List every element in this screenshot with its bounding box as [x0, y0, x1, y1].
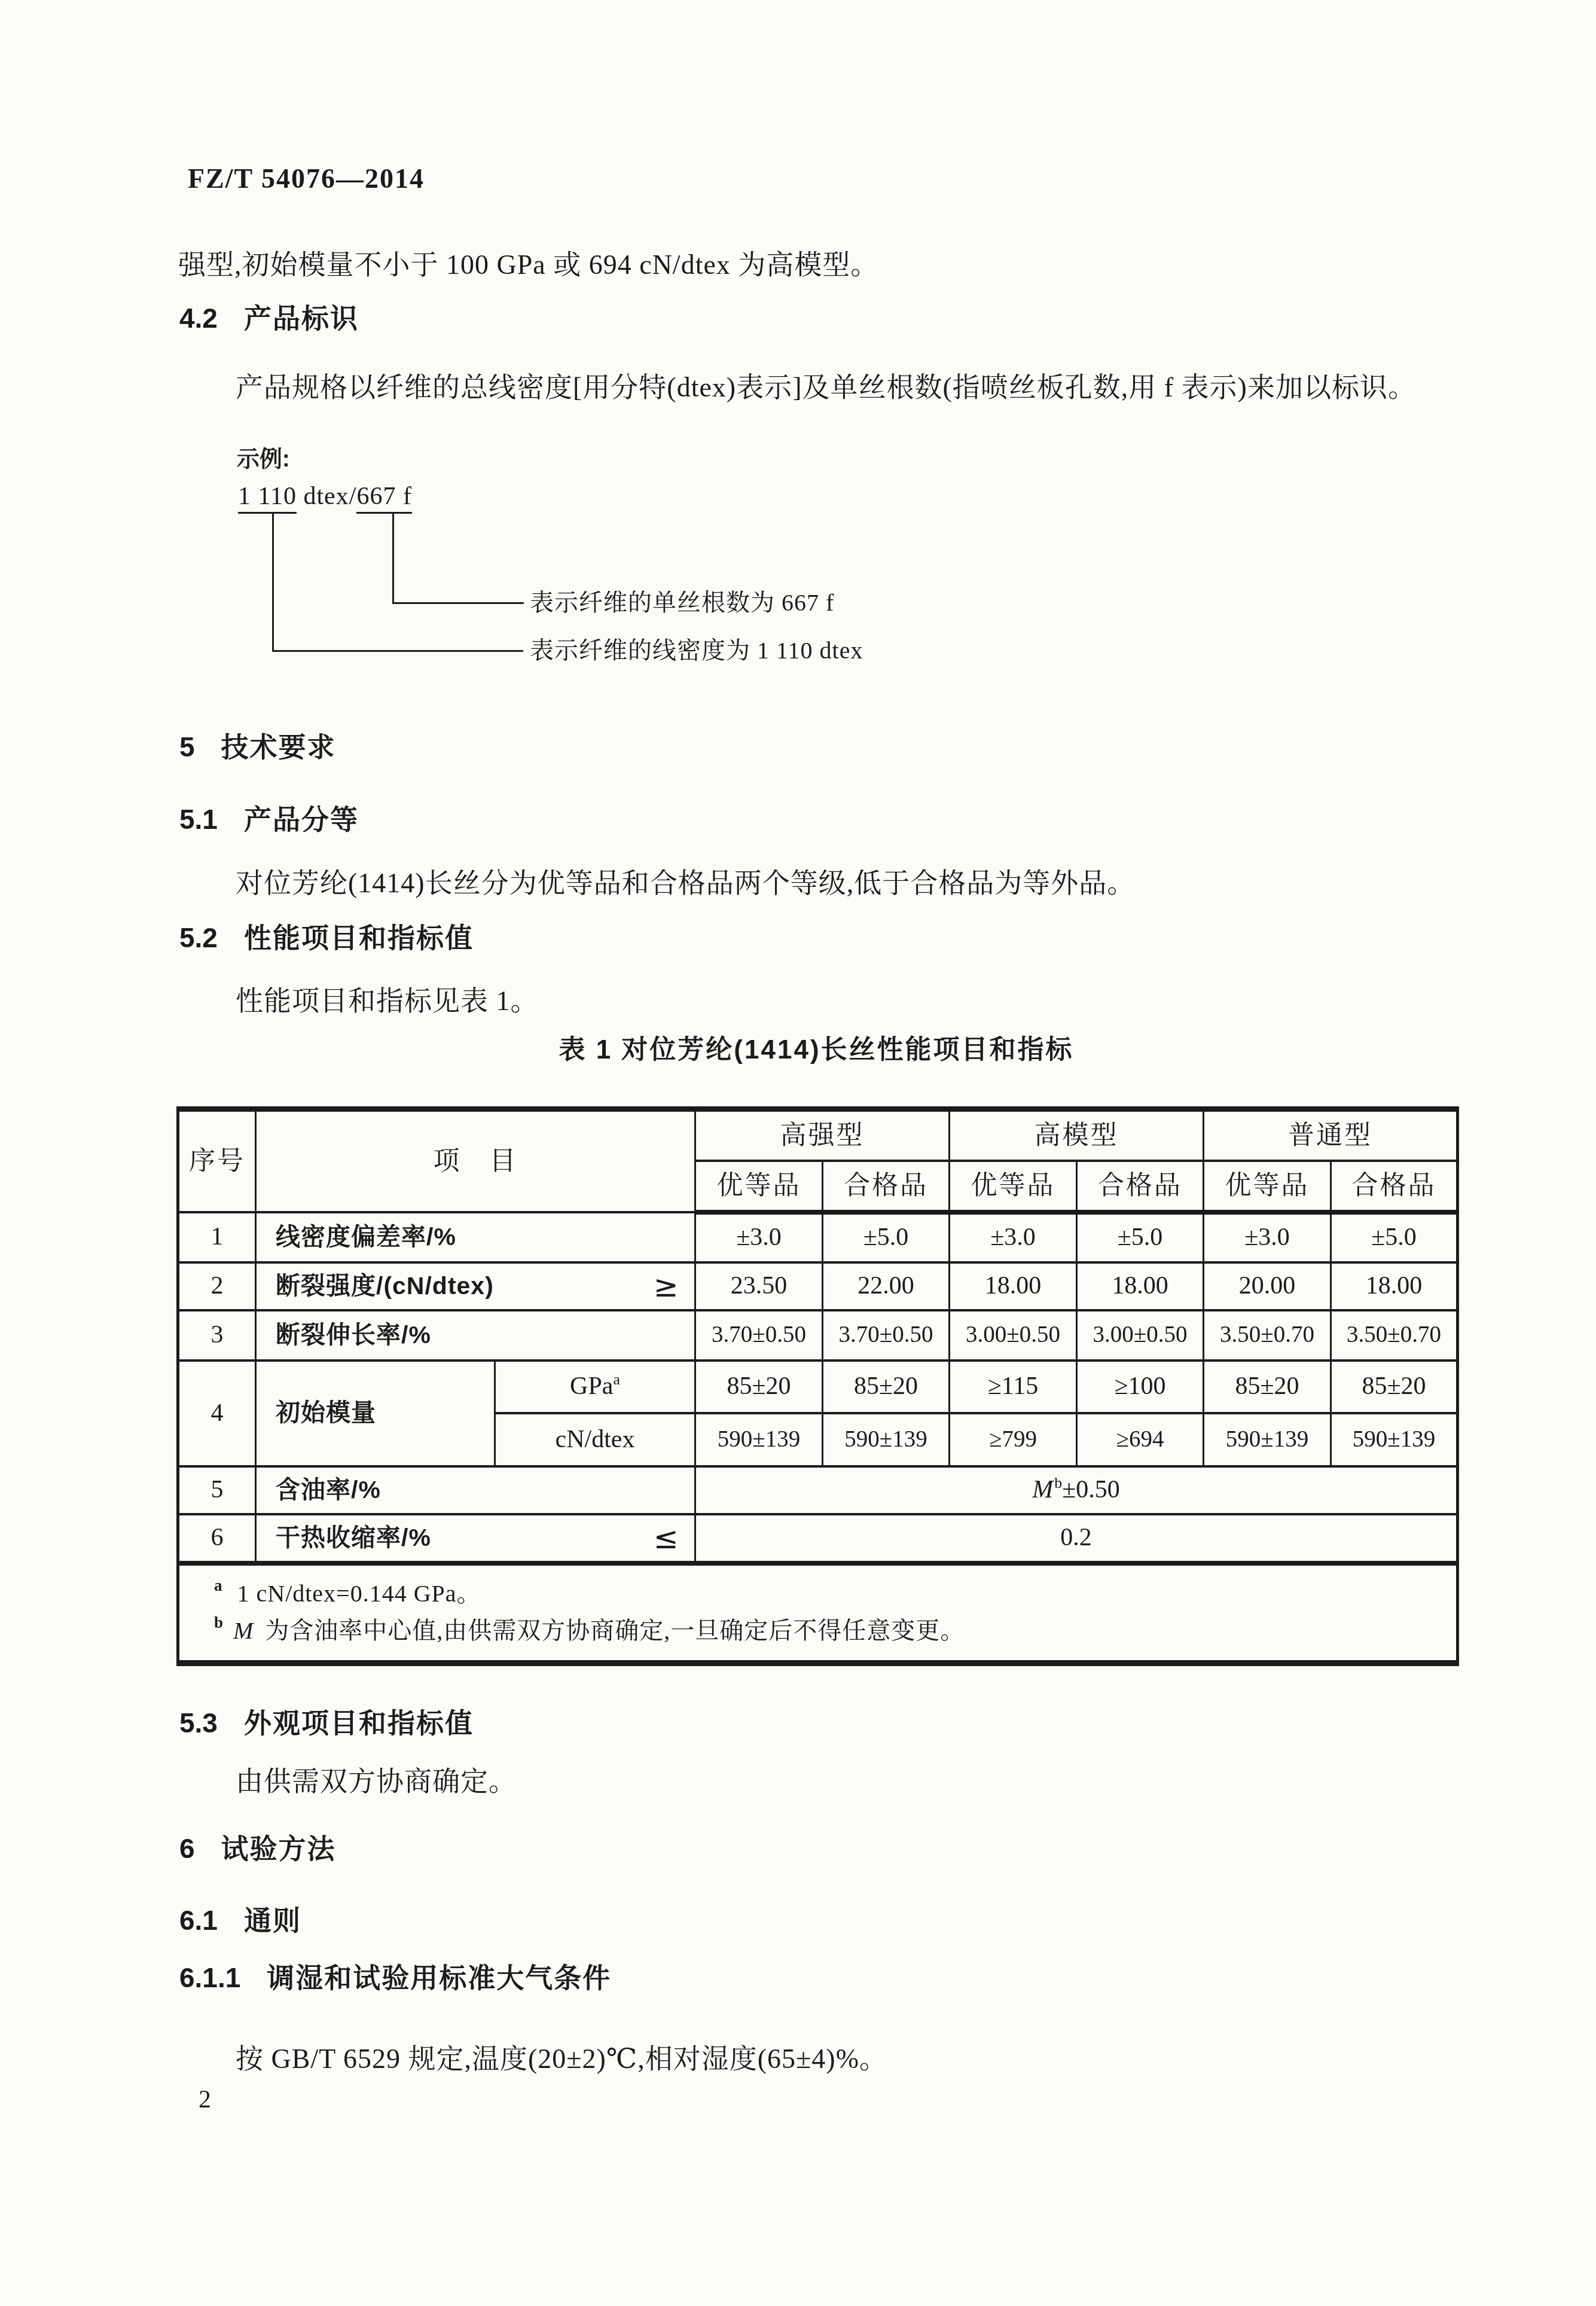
value-cell: 20.00 — [1204, 1262, 1331, 1310]
heading-number: 5 — [179, 731, 195, 762]
col-header-seq: 序号 — [178, 1109, 256, 1212]
merged-value-cell: Mb±0.50 — [695, 1466, 1458, 1514]
value-cell: 18.00 — [1077, 1262, 1204, 1310]
grade-header-qualified: 合格品 — [1077, 1161, 1204, 1212]
section-heading-5-3: 5.3外观项目和指标值 — [179, 1707, 474, 1740]
table-row-dry-heat-shrinkage: 6 干热收缩率/% ≤ 0.2 — [178, 1514, 1458, 1563]
page-number: 2 — [199, 2087, 211, 2112]
merged-value-cell: 0.2 — [695, 1514, 1458, 1563]
heading-number: 5.2 — [179, 922, 218, 953]
heading-number: 6.1 — [179, 1905, 218, 1936]
row-seq: 2 — [178, 1262, 256, 1310]
table-footnote-row: a1 cN/dtex=0.144 GPa。 bM 为含油率中心值,由供需双方协商… — [178, 1563, 1458, 1663]
row-seq: 3 — [178, 1310, 256, 1361]
table-row-breaking-strength: 2 断裂强度/(cN/dtex) ≥ 23.50 22.00 18.00 18.… — [178, 1262, 1458, 1310]
footnote-marker: b — [1054, 1474, 1062, 1491]
group-header-regular: 普通型 — [1204, 1109, 1458, 1161]
table-1: 序号 项 目 高强型 高模型 普通型 优等品 合格品 优等品 合格品 优等品 合… — [176, 1106, 1459, 1666]
heading-title: 调湿和试验用标准大气条件 — [267, 1962, 611, 1993]
doc-number: FZ/T 54076—2014 — [188, 165, 425, 193]
footnote-marker: a — [613, 1371, 620, 1388]
heading-number: 6 — [179, 1833, 195, 1864]
value-cell: 85±20 — [823, 1361, 950, 1413]
grade-header-qualified: 合格品 — [823, 1161, 950, 1212]
value-cell: 3.50±0.70 — [1204, 1310, 1331, 1361]
paragraph-5-1: 对位芳纶(1414)长丝分为优等品和合格品两个等级,低于合格品为等外品。 — [178, 862, 1473, 904]
footnote-marker: a — [214, 1576, 223, 1594]
value-cell: 3.70±0.50 — [823, 1310, 950, 1361]
value-cell: ±3.0 — [695, 1212, 823, 1262]
value-cell: ≥694 — [1077, 1413, 1204, 1466]
item-cell: 含油率/% — [256, 1466, 695, 1514]
callout-line-density-horizontal — [272, 650, 523, 652]
section-heading-4-2: 4.2产品标识 — [179, 302, 359, 335]
group-header-high-strength: 高强型 — [695, 1109, 950, 1161]
value-cell: ±5.0 — [823, 1212, 950, 1262]
value-cell: 85±20 — [1331, 1361, 1458, 1413]
section-heading-6: 6试验方法 — [179, 1832, 336, 1865]
intro-paragraph: 强型,初始模量不小于 100 GPa 或 694 cN/dtex 为高模型。 — [178, 244, 1473, 286]
footnote-a: a1 cN/dtex=0.144 GPa。 — [214, 1575, 1432, 1612]
example-middle: dtex/ — [297, 483, 356, 510]
item-cell: 断裂强度/(cN/dtex) ≥ — [256, 1262, 695, 1310]
value-cell: 23.50 — [695, 1262, 823, 1310]
group-header-high-modulus: 高模型 — [950, 1109, 1204, 1161]
grade-header-premium: 优等品 — [950, 1161, 1077, 1212]
value-cell: 18.00 — [950, 1262, 1077, 1310]
table-title: 表 1 对位芳纶(1414)长丝性能项目和指标 — [176, 1035, 1456, 1066]
heading-number: 5.1 — [179, 804, 218, 835]
grade-header-premium: 优等品 — [695, 1161, 823, 1212]
value-cell: 3.00±0.50 — [950, 1310, 1077, 1361]
document-page: FZ/T 54076—2014 强型,初始模量不小于 100 GPa 或 694… — [0, 0, 1596, 2306]
table-row-linear-density: 1 线密度偏差率/% ±3.0 ±5.0 ±3.0 ±5.0 ±3.0 ±5.0 — [178, 1212, 1458, 1262]
paragraph-5-2: 性能项目和指标见表 1。 — [178, 980, 1473, 1022]
value-cell: 22.00 — [823, 1262, 950, 1310]
row-seq: 4 — [178, 1361, 256, 1466]
value-cell: 590±139 — [1204, 1413, 1331, 1466]
grade-header-premium: 优等品 — [1204, 1161, 1331, 1212]
qualifier-lte: ≤ — [654, 1523, 679, 1553]
value-cell: 3.70±0.50 — [695, 1310, 823, 1361]
row-seq: 6 — [178, 1514, 256, 1563]
callout-line-density-vertical — [272, 512, 274, 652]
value-cell: ±5.0 — [1331, 1212, 1458, 1262]
section-heading-5-1: 5.1产品分等 — [179, 803, 359, 836]
section-heading-5: 5技术要求 — [179, 731, 336, 764]
footnote-b: bM 为含油率中心值,由供需双方协商确定,一旦确定后不得任意变更。 — [214, 1612, 1432, 1649]
heading-title: 试验方法 — [221, 1833, 336, 1864]
footnote-marker: b — [214, 1613, 224, 1631]
heading-number: 4.2 — [179, 303, 218, 334]
callout-line-filament-vertical — [392, 512, 394, 604]
heading-title: 产品标识 — [244, 303, 359, 334]
qualifier-gte: ≥ — [654, 1271, 679, 1301]
item-cell: 初始模量 — [256, 1361, 495, 1466]
value-cell: 590±139 — [1331, 1413, 1458, 1466]
heading-title: 产品分等 — [244, 804, 359, 835]
heading-title: 外观项目和指标值 — [244, 1707, 474, 1738]
value-cell: ≥115 — [950, 1361, 1077, 1413]
table-row-elongation: 3 断裂伸长率/% 3.70±0.50 3.70±0.50 3.00±0.50 … — [178, 1310, 1458, 1361]
table-row-oil-content: 5 含油率/% Mb±0.50 — [178, 1466, 1458, 1514]
section-heading-6-1-1: 6.1.1调湿和试验用标准大气条件 — [179, 1962, 611, 1994]
value-cell: ≥799 — [950, 1413, 1077, 1466]
value-cell: 3.50±0.70 — [1331, 1310, 1458, 1361]
value-cell: 3.00±0.50 — [1077, 1310, 1204, 1361]
table-header-row-groups: 序号 项 目 高强型 高模型 普通型 — [178, 1109, 1458, 1161]
grade-header-qualified: 合格品 — [1331, 1161, 1458, 1212]
heading-number: 5.3 — [179, 1707, 218, 1738]
paragraph-4-2: 产品规格以纤维的总线密度[用分特(dtex)表示]及单丝根数(指喷丝板孔数,用 … — [178, 367, 1473, 408]
col-header-item: 项 目 — [256, 1109, 695, 1212]
table-row-initial-modulus-gpa: 4 初始模量 GPaa 85±20 85±20 ≥115 ≥100 85±20 … — [178, 1361, 1458, 1413]
value-cell: 85±20 — [695, 1361, 823, 1413]
value-cell: ±3.0 — [950, 1212, 1077, 1262]
section-heading-5-2: 5.2性能项目和指标值 — [179, 922, 474, 954]
heading-number: 6.1.1 — [179, 1962, 240, 1993]
value-cell: ≥100 — [1077, 1361, 1204, 1413]
value-cell: ±5.0 — [1077, 1212, 1204, 1262]
heading-title: 通则 — [244, 1905, 301, 1936]
callout-label-density: 表示纤维的线密度为 1 110 dtex — [530, 639, 863, 663]
value-cell: 590±139 — [823, 1413, 950, 1466]
value-cell: 85±20 — [1204, 1361, 1331, 1413]
section-heading-6-1: 6.1通则 — [179, 1904, 301, 1937]
heading-title: 性能项目和指标值 — [244, 922, 474, 953]
value-cell: ±3.0 — [1204, 1212, 1331, 1262]
unit-cell-cndtex: cN/dtex — [495, 1413, 695, 1466]
example-filament-underlined: 667 f — [356, 483, 412, 514]
example-density-underlined: 1 110 — [238, 483, 297, 514]
example-label: 示例: — [237, 447, 290, 472]
item-cell: 线密度偏差率/% — [256, 1212, 695, 1262]
item-cell: 干热收缩率/% ≤ — [256, 1514, 695, 1563]
heading-title: 技术要求 — [221, 731, 336, 762]
callout-line-filament-horizontal — [392, 602, 524, 604]
paragraph-6-1-1: 按 GB/T 6529 规定,温度(20±2)℃,相对湿度(65±4)%。 — [178, 2038, 1473, 2080]
paragraph-5-3: 由供需双方协商确定。 — [178, 1761, 1473, 1802]
callout-label-filament: 表示纤维的单丝根数为 667 f — [530, 591, 834, 615]
unit-cell-gpa: GPaa — [495, 1361, 695, 1413]
item-cell: 断裂伸长率/% — [256, 1310, 695, 1361]
row-seq: 5 — [178, 1466, 256, 1514]
example-code: 1 110 dtex/667 f — [238, 482, 412, 511]
value-cell: 590±139 — [695, 1413, 823, 1466]
value-cell: 18.00 — [1331, 1262, 1458, 1310]
row-seq: 1 — [178, 1212, 256, 1262]
